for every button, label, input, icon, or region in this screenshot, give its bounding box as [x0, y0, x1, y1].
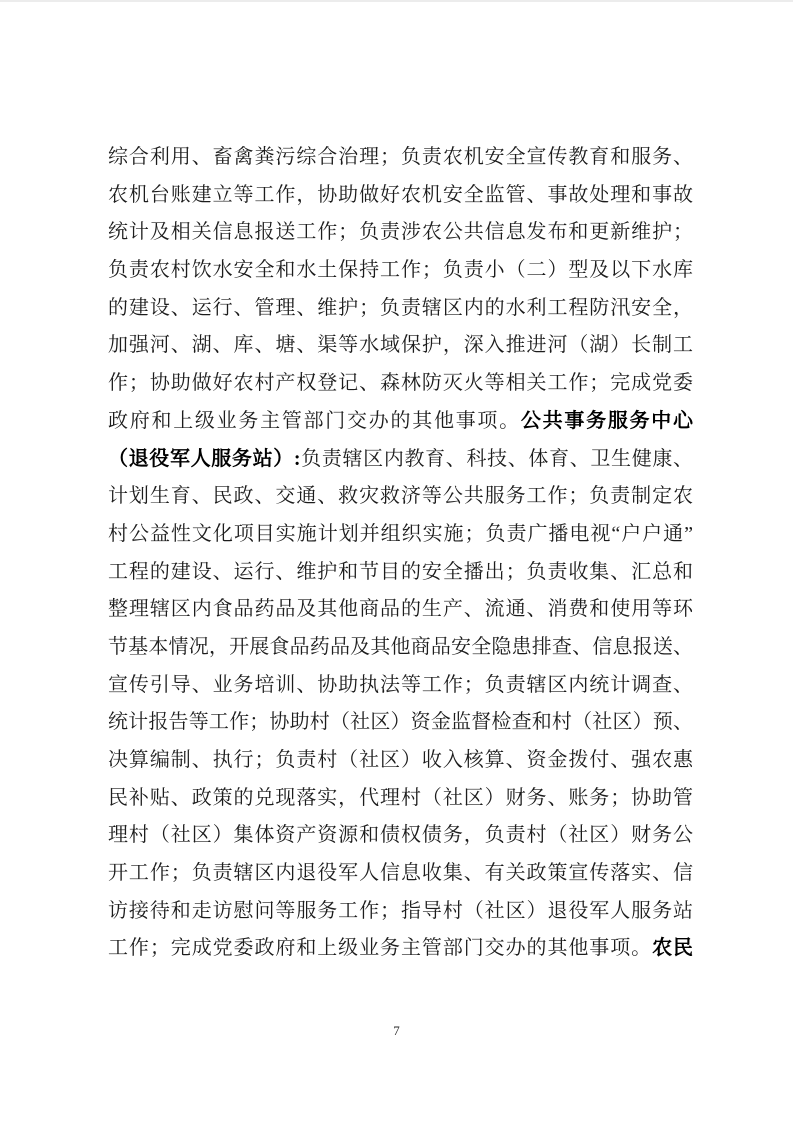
body-text: 农机台账建立等工作，协助做好农机安全监管、事故处理和事故	[108, 184, 693, 206]
body-text: 计划生育、民政、交通、救灾救济等公共服务工作；负责制定农	[108, 485, 693, 507]
body-text: 负责辖区内教育、科技、体育、卫生健康、	[301, 448, 693, 470]
text-line: 工程的建设、运行、维护和节目的安全播出；负责收集、汇总和	[108, 554, 693, 592]
text-line: 综合利用、畜禽粪污综合治理；负责农机安全宣传教育和服务、	[108, 139, 693, 177]
bold-heading-text: 公共事务服务中心	[521, 410, 693, 432]
body-text: 负责农村饮水安全和水土保持工作；负责小（二）型及以下水库	[108, 259, 693, 281]
text-line: 节基本情况，开展食品药品及其他商品安全隐患排查、信息报送、	[108, 629, 693, 667]
text-line: 统计报告等工作；协助村（社区）资金监督检查和村（社区）预、	[108, 704, 693, 742]
text-line: 民补贴、政策的兑现落实，代理村（社区）财务、账务；协助管	[108, 780, 693, 818]
body-text: 理村（社区）集体资产资源和债权债务，负责村（社区）财务公	[108, 824, 693, 846]
body-text: 加强河、湖、库、塘、渠等水域保护，深入推进河（湖）长制工	[108, 334, 693, 356]
text-line: 宣传引导、业务培训、协助执法等工作；负责辖区内统计调查、	[108, 667, 693, 705]
page-number: 7	[0, 1021, 793, 1041]
body-text: 决算编制、执行；负责村（社区）收入核算、资金拨付、强农惠	[108, 749, 693, 771]
text-line: 加强河、湖、库、塘、渠等水域保护，深入推进河（湖）长制工	[108, 327, 693, 365]
body-text: 工作；完成党委政府和上级业务主管部门交办的其他事项。	[108, 937, 652, 959]
text-line: 开工作；负责辖区内退役军人信息收集、有关政策宣传落实、信	[108, 855, 693, 893]
body-text: 整理辖区内食品药品及其他商品的生产、流通、消费和使用等环	[108, 598, 693, 620]
text-line: 访接待和走访慰问等服务工作；指导村（社区）退役军人服务站	[108, 893, 693, 931]
document-body: 综合利用、畜禽粪污综合治理；负责农机安全宣传教育和服务、农机台账建立等工作，协助…	[108, 139, 693, 968]
text-line: 工作；完成党委政府和上级业务主管部门交办的其他事项。农民	[108, 930, 693, 968]
text-line: 计划生育、民政、交通、救灾救济等公共服务工作；负责制定农	[108, 478, 693, 516]
body-text: 统计报告等工作；协助村（社区）资金监督检查和村（社区）预、	[108, 711, 693, 733]
bold-heading-text: （退役军人服务站）:	[108, 448, 301, 470]
body-text: 统计及相关信息报送工作；负责涉农公共信息发布和更新维护；	[108, 221, 693, 243]
body-text: 民补贴、政策的兑现落实，代理村（社区）财务、账务；协助管	[108, 787, 693, 809]
text-line: 作；协助做好农村产权登记、森林防灭火等相关工作；完成党委	[108, 365, 693, 403]
body-text: 访接待和走访慰问等服务工作；指导村（社区）退役军人服务站	[108, 900, 693, 922]
bold-heading-text: 农民	[652, 937, 693, 959]
body-text: 作；协助做好农村产权登记、森林防灭火等相关工作；完成党委	[108, 372, 693, 394]
body-text: 节基本情况，开展食品药品及其他商品安全隐患排查、信息报送、	[108, 636, 693, 658]
text-line: 村公益性文化项目实施计划并组织实施；负责广播电视“户户通”	[108, 516, 693, 554]
body-text: 综合利用、畜禽粪污综合治理；负责农机安全宣传教育和服务、	[108, 146, 693, 168]
body-text: 宣传引导、业务培训、协助执法等工作；负责辖区内统计调查、	[108, 674, 693, 696]
text-line: 负责农村饮水安全和水土保持工作；负责小（二）型及以下水库	[108, 252, 693, 290]
text-line: 的建设、运行、管理、维护；负责辖区内的水利工程防汛安全，	[108, 290, 693, 328]
text-line: 统计及相关信息报送工作；负责涉农公共信息发布和更新维护；	[108, 214, 693, 252]
body-text: 工程的建设、运行、维护和节目的安全播出；负责收集、汇总和	[108, 561, 693, 583]
scan-edge-artifact	[0, 0, 793, 2]
text-line: 决算编制、执行；负责村（社区）收入核算、资金拨付、强农惠	[108, 742, 693, 780]
text-line: 理村（社区）集体资产资源和债权债务，负责村（社区）财务公	[108, 817, 693, 855]
text-line: 整理辖区内食品药品及其他商品的生产、流通、消费和使用等环	[108, 591, 693, 629]
document-page: 综合利用、畜禽粪污综合治理；负责农机安全宣传教育和服务、农机台账建立等工作，协助…	[0, 0, 793, 1122]
body-text: 村公益性文化项目实施计划并组织实施；负责广播电视“户户通”	[108, 523, 693, 545]
text-line: 政府和上级业务主管部门交办的其他事项。公共事务服务中心	[108, 403, 693, 441]
body-text: 政府和上级业务主管部门交办的其他事项。	[108, 410, 521, 432]
body-text: 的建设、运行、管理、维护；负责辖区内的水利工程防汛安全，	[108, 297, 693, 319]
text-line: （退役军人服务站）:负责辖区内教育、科技、体育、卫生健康、	[108, 441, 693, 479]
text-line: 农机台账建立等工作，协助做好农机安全监管、事故处理和事故	[108, 177, 693, 215]
body-text: 开工作；负责辖区内退役军人信息收集、有关政策宣传落实、信	[108, 862, 693, 884]
